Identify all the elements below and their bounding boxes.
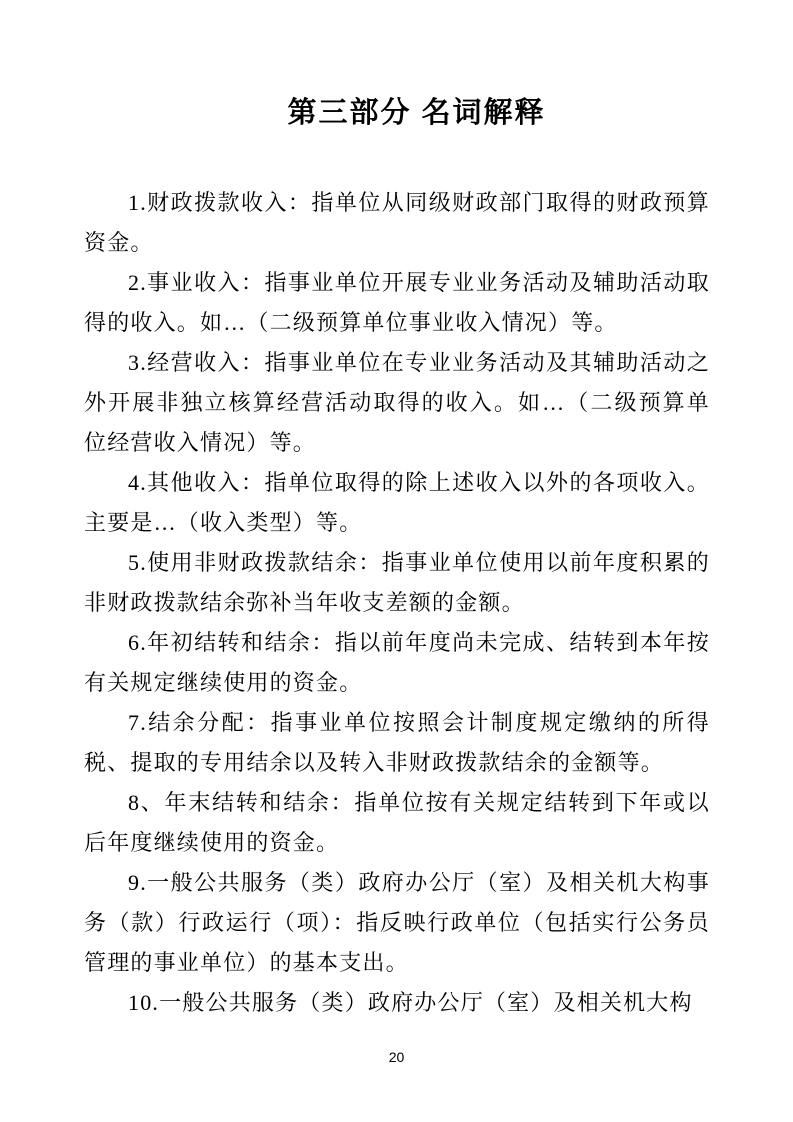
document-body: 1.财政拨款收入：指单位从同级财政部门取得的财政预算资金。2.事业收入：指事业单… (0, 183, 793, 1023)
paragraph: 4.其他收入：指单位取得的除上述收入以外的各项收入。主要是…（收入类型）等。 (84, 463, 710, 543)
paragraph: 1.财政拨款收入：指单位从同级财政部门取得的财政预算资金。 (84, 183, 710, 263)
paragraph: 6.年初结转和结余：指以前年度尚未完成、结转到本年按有关规定继续使用的资金。 (84, 623, 710, 703)
paragraph: 10.一般公共服务（类）政府办公厅（室）及相关机大构 (84, 983, 710, 1023)
paragraph: 8、年末结转和结余：指单位按有关规定结转到下年或以后年度继续使用的资金。 (84, 783, 710, 863)
paragraph: 5.使用非财政拨款结余：指事业单位使用以前年度积累的非财政拨款结余弥补当年收支差… (84, 543, 710, 623)
document-page: 第三部分 名词解释 1.财政拨款收入：指单位从同级财政部门取得的财政预算资金。2… (0, 0, 793, 1122)
paragraph: 9.一般公共服务（类）政府办公厅（室）及相关机大构事务（款）行政运行（项）：指反… (84, 863, 710, 983)
page-title: 第三部分 名词解释 (20, 0, 793, 131)
page-number: 20 (0, 1049, 793, 1065)
paragraph: 2.事业收入：指事业单位开展专业业务活动及辅助活动取得的收入。如…（二级预算单位… (84, 263, 710, 343)
paragraph: 7.结余分配：指事业单位按照会计制度规定缴纳的所得税、提取的专用结余以及转入非财… (84, 703, 710, 783)
paragraph: 3.经营收入：指事业单位在专业业务活动及其辅助活动之外开展非独立核算经营活动取得… (84, 343, 710, 463)
